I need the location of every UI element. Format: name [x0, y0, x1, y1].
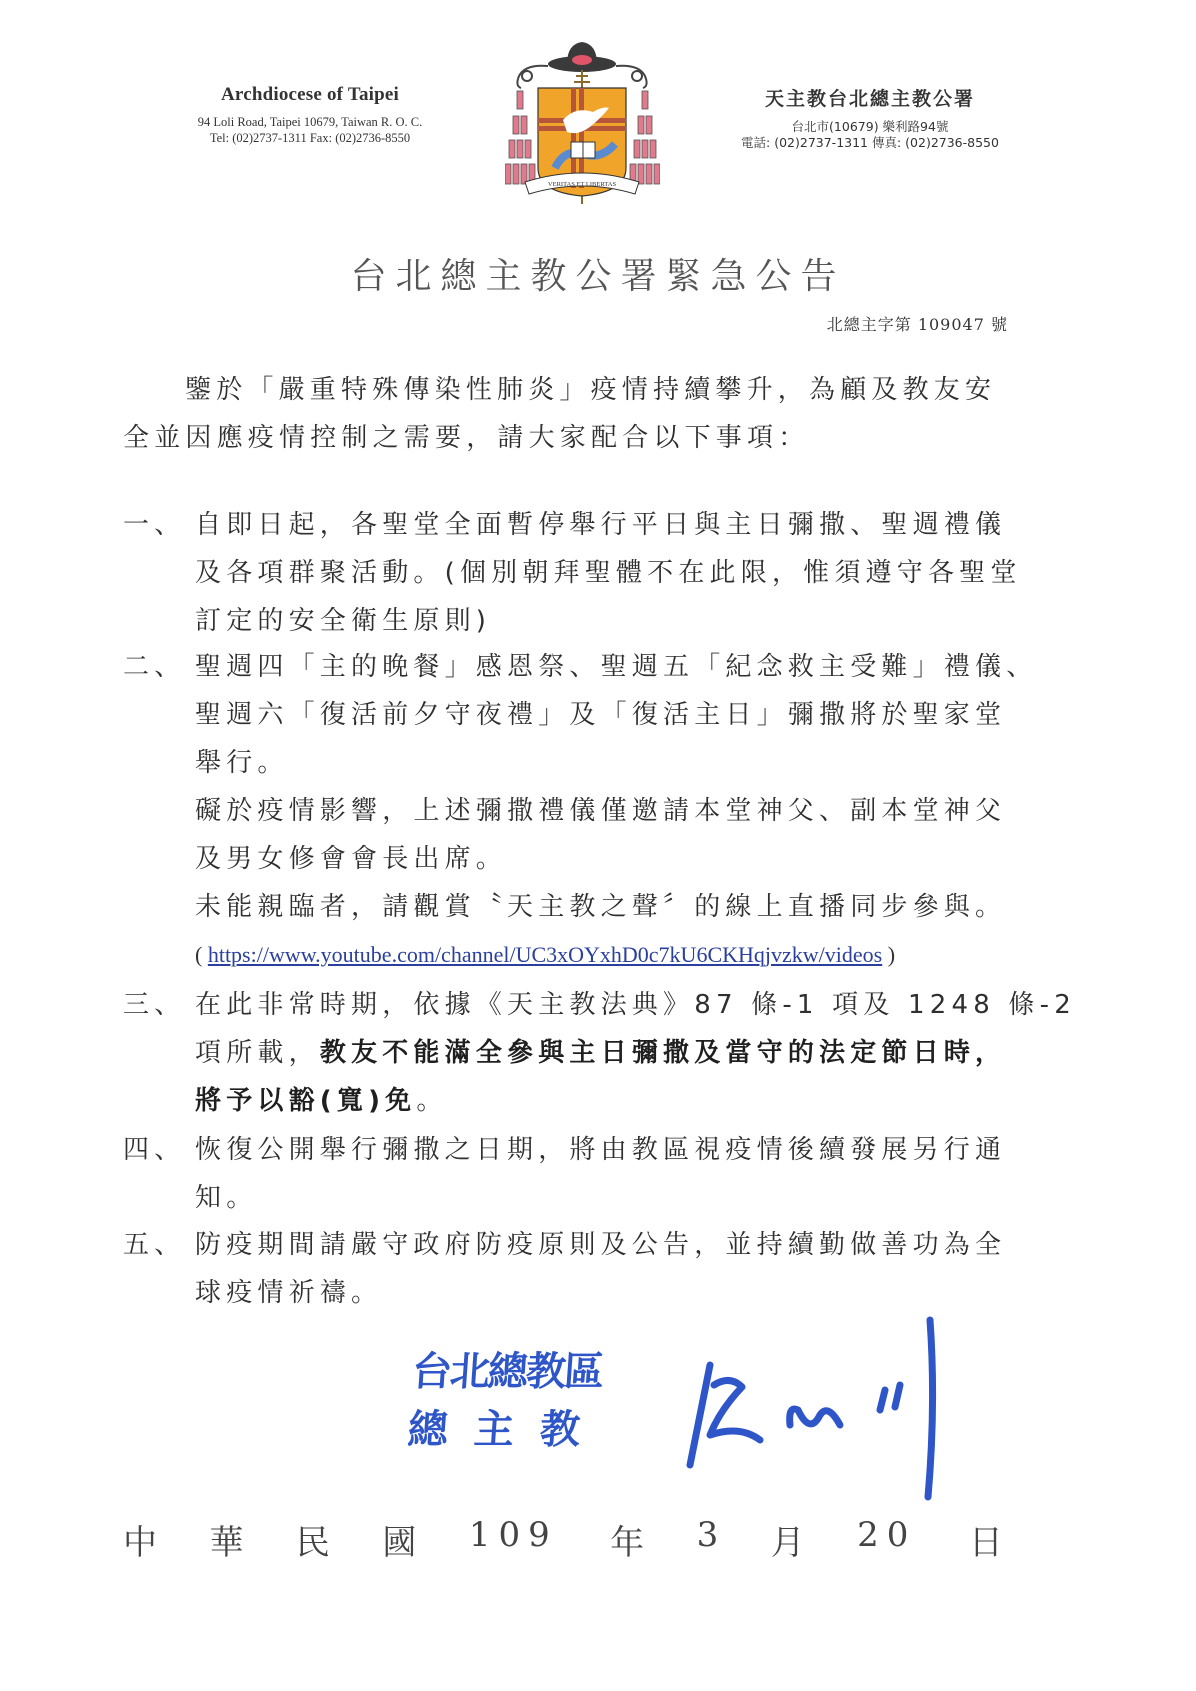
item-3-emphasis: 教友不能滿全參與主日彌撒及當守的法定節日時，: [320, 1038, 1006, 1068]
item-5-line: 球疫情祈禱。: [195, 1269, 1006, 1317]
paren-open: (: [195, 942, 208, 967]
item-3-text: 項所載，: [195, 1038, 320, 1068]
date-part: 日: [969, 1515, 1003, 1564]
paren-close: ): [882, 942, 895, 967]
seal-char: 教: [538, 1401, 608, 1459]
item-2-line: 聖週六「復活前夕守夜禮」及「復活主日」彌撒將於聖家堂: [195, 691, 1037, 739]
item-marker: 四、: [123, 1126, 193, 1174]
date-day: 20: [857, 1515, 916, 1564]
intro-line-2: 全並因應疫情控制之需要，請大家配合以下事項：: [123, 414, 809, 462]
livestream-url-line: ( https://www.youtube.com/channel/UC3xOY…: [195, 931, 1037, 979]
date-year: 109: [469, 1515, 558, 1564]
item-3-line: 項所載，教友不能滿全參與主日彌撒及當守的法定節日時，: [195, 1029, 1076, 1077]
item-3-emphasis: 將予以豁(寬)免: [195, 1086, 416, 1116]
letterhead-chinese: 天主教台北總主教公署 台北市(10679) 樂利路94號 電話: (02)273…: [735, 84, 1005, 151]
archdiocese-crest-logo: VERITAS ET LIBERTAS: [505, 36, 660, 204]
item-3-line: 在此非常時期，依據《天主教法典》87 條-1 項及 1248 條-2: [195, 981, 1076, 1029]
item-marker: 五、: [123, 1221, 193, 1269]
coat-of-arms-icon: VERITAS ET LIBERTAS: [505, 36, 660, 204]
date-part: 民: [296, 1515, 330, 1564]
document-number: 北總主字第 109047 號: [827, 312, 1008, 335]
archdiocese-seal: 台北總教區 總主教: [406, 1343, 612, 1459]
letterhead-english: Archdiocese of Taipei 94 Loli Road, Taip…: [170, 84, 450, 146]
item-marker: 一、: [123, 501, 193, 549]
date-part: 華: [209, 1515, 243, 1564]
item-3-line: 將予以豁(寬)免。: [195, 1077, 1076, 1125]
date-month: 3: [697, 1515, 719, 1564]
item-2-line: 礙於疫情影響，上述彌撒禮儀僅邀請本堂神父、副本堂神父: [195, 787, 1037, 835]
intro-line-1: 鑒於「嚴重特殊傳染性肺炎」疫情持續攀升，為顧及教友安: [185, 366, 996, 414]
document-title: 台北總主教公署緊急公告: [0, 248, 1196, 299]
item-1-line: 訂定的安全衛生原則): [195, 597, 1022, 645]
item-4-line: 恢復公開舉行彌撒之日期，將由教區視疫情後續發展另行通: [195, 1126, 1006, 1174]
youtube-channel-link[interactable]: https://www.youtube.com/channel/UC3xOYxh…: [208, 942, 882, 967]
item-2-line: 舉行。: [195, 739, 1037, 787]
seal-char: 主: [472, 1401, 542, 1459]
seal-char: 總: [406, 1401, 476, 1459]
address-chinese: 台北市(10679) 樂利路94號: [735, 119, 1005, 135]
handwritten-signature-icon: [680, 1315, 990, 1505]
item-1-line: 及各項群聚活動。(個別朝拜聖體不在此限，惟須遵守各聖堂: [195, 549, 1022, 597]
date-part: 年: [610, 1515, 644, 1564]
org-name-english: Archdiocese of Taipei: [170, 84, 450, 106]
item-5-line: 防疫期間請嚴守政府防疫原則及公告，並持續勤做善功為全: [195, 1221, 1006, 1269]
item-4-line: 知。: [195, 1174, 1006, 1222]
item-marker: 三、: [123, 981, 193, 1029]
date-part: 中: [123, 1515, 157, 1564]
issue-date: 中 華 民 國 109 年 3 月 20 日: [123, 1515, 1003, 1564]
archbishop-signature-seal: 台北總教區 總主教: [410, 1315, 990, 1505]
item-marker: 二、: [123, 643, 193, 691]
contact-english: Tel: (02)2737-1311 Fax: (02)2736-8550: [170, 130, 450, 146]
item-3-text: 。: [416, 1086, 447, 1116]
date-part: 月: [771, 1515, 805, 1564]
address-english: 94 Loli Road, Taipei 10679, Taiwan R. O.…: [170, 114, 450, 130]
seal-line-2: 總主教: [406, 1401, 608, 1459]
svg-text:VERITAS ET LIBERTAS: VERITAS ET LIBERTAS: [548, 181, 617, 188]
seal-line-1: 台北總教區: [410, 1343, 612, 1401]
item-2-line: 及男女修會會長出席。: [195, 835, 1037, 883]
item-2-line: 未能親臨者，請觀賞〝天主教之聲〞的線上直播同步參與。: [195, 883, 1037, 931]
org-name-chinese: 天主教台北總主教公署: [735, 84, 1005, 111]
contact-chinese: 電話: (02)2737-1311 傳真: (02)2736-8550: [735, 135, 1005, 151]
item-1-line: 自即日起，各聖堂全面暫停舉行平日與主日彌撒、聖週禮儀: [195, 501, 1022, 549]
date-part: 國: [382, 1515, 416, 1564]
item-2-line: 聖週四「主的晚餐」感恩祭、聖週五「紀念救主受難」禮儀、: [195, 643, 1037, 691]
